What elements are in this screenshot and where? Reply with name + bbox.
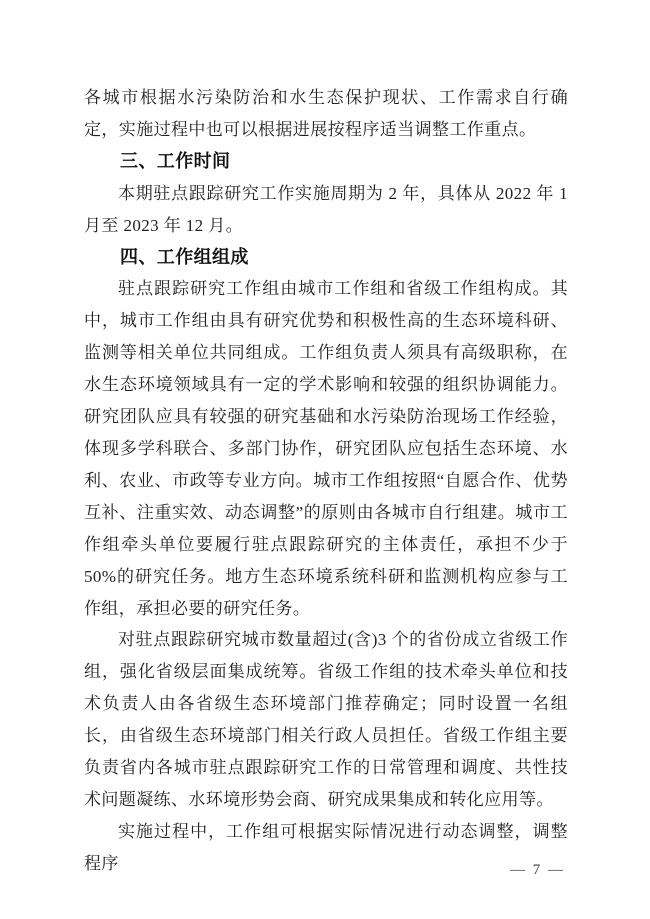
page-number: — 7 — bbox=[510, 862, 565, 878]
paragraph-workgroup-city: 驻点跟踪研究工作组由城市工作组和省级工作组构成。其中，城市工作组由具有研究优势和… bbox=[84, 273, 568, 624]
page-footer: — 7 — bbox=[487, 845, 565, 896]
paragraph-continuation: 各城市根据水污染防治和水生态保护现状、工作需求自行确定，实施过程中也可以根据进展… bbox=[84, 82, 568, 146]
section-heading-work-time: 三、工作时间 bbox=[84, 146, 568, 178]
paragraph-work-time: 本期驻点跟踪研究工作实施周期为 2 年，具体从 2022 年 1 月至 2023… bbox=[84, 178, 568, 242]
section-heading-workgroup-composition: 四、工作组组成 bbox=[84, 242, 568, 274]
document-body: 各城市根据水污染防治和水生态保护现状、工作需求自行确定，实施过程中也可以根据进展… bbox=[84, 82, 568, 880]
paragraph-workgroup-province: 对驻点跟踪研究城市数量超过(含)3 个的省份成立省级工作组，强化省级层面集成统筹… bbox=[84, 624, 568, 815]
document-page: 各城市根据水污染防治和水生态保护现状、工作需求自行确定，实施过程中也可以根据进展… bbox=[0, 0, 650, 919]
